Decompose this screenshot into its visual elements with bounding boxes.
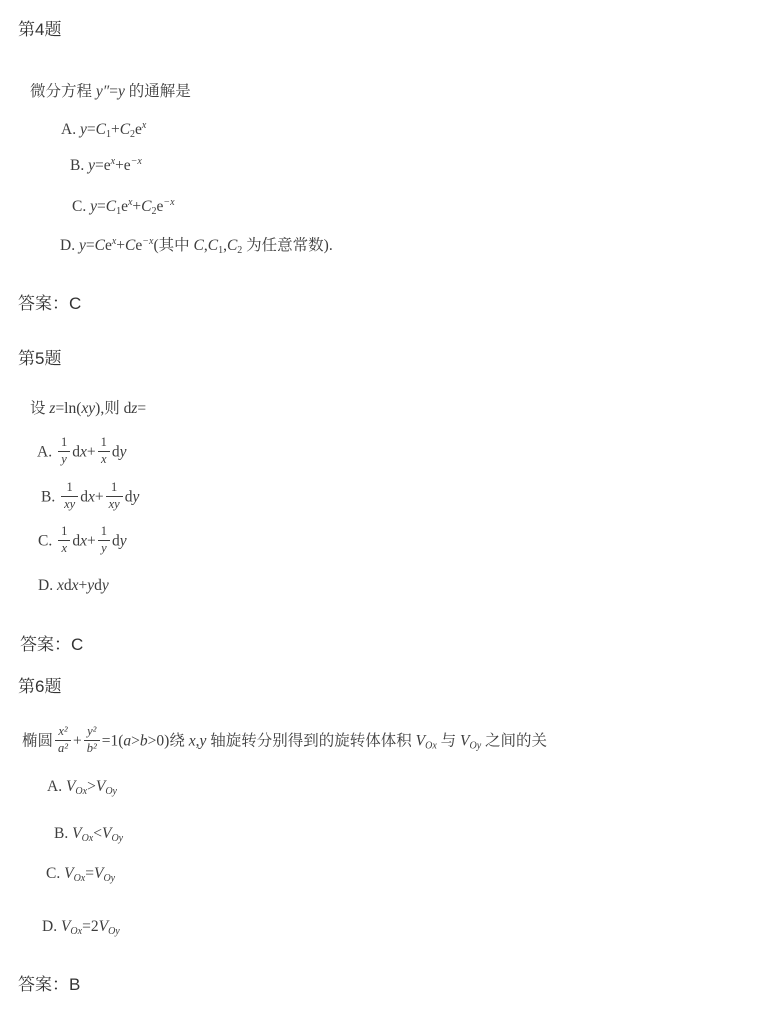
question-6-option-c: C. VOx=VOy bbox=[46, 865, 115, 884]
question-5-heading: 第5题 bbox=[18, 344, 61, 369]
question-5-answer: 答案：C bbox=[20, 630, 83, 655]
question-5-option-a: A. 1ydx+1xdy bbox=[37, 435, 126, 471]
question-6-option-a: A. VOx>VOy bbox=[47, 778, 117, 797]
question-5-option-b: B. 1xydx+1xydy bbox=[41, 480, 139, 516]
question-6-stem: 椭圆x²a²+y²b²=1(a>b>0)绕 x,y 轴旋转分别得到的旋转体体积 … bbox=[22, 724, 547, 760]
question-4-stem: 微分方程 y″=y 的通解是 bbox=[30, 79, 191, 101]
question-4-option-d: D. y=Cex+Ce−x(其中 C,C1,C2 为任意常数). bbox=[60, 233, 333, 256]
exam-document-page: 第4题 微分方程 y″=y 的通解是 A. y=C1+C2ex B. y=ex+… bbox=[0, 0, 783, 1013]
question-6-option-d: D. VOx=2VOy bbox=[42, 918, 120, 937]
question-6-heading: 第6题 bbox=[18, 672, 61, 697]
question-5-stem: 设 z=ln(xy),则 dz= bbox=[30, 396, 146, 418]
question-4-heading: 第4题 bbox=[18, 15, 61, 40]
question-4-answer: 答案：C bbox=[18, 289, 81, 314]
question-5-option-c: C. 1xdx+1ydy bbox=[38, 524, 127, 560]
question-5-option-d: D. xdx+ydy bbox=[38, 577, 109, 595]
question-6-answer: 答案：B bbox=[18, 970, 80, 995]
question-4-option-c: C. y=C1ex+C2e−x bbox=[72, 198, 175, 217]
question-6-option-b: B. VOx<VOy bbox=[54, 825, 123, 844]
question-4-option-a: A. y=C1+C2ex bbox=[61, 121, 146, 140]
question-4-option-b: B. y=ex+e−x bbox=[70, 157, 142, 175]
